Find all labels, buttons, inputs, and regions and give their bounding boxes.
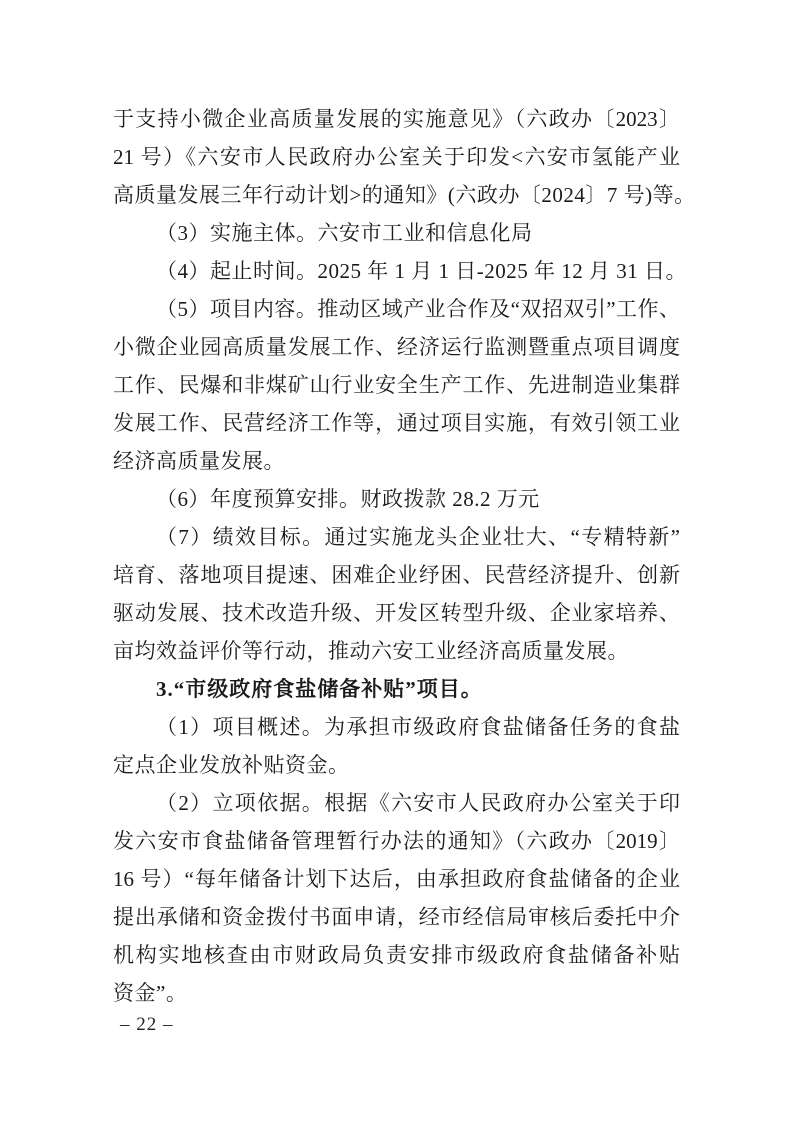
text-line: 培育、落地项目提速、困难企业纾困、民营经济提升、创新	[113, 556, 680, 594]
text-line: 发展工作、民营经济工作等，通过项目实施，有效引领工业	[113, 404, 680, 442]
text-line: 小微企业园高质量发展工作、经济运行监测暨重点项目调度	[113, 328, 680, 366]
page-number: – 22 –	[120, 1012, 174, 1038]
text-line: 发六安市食盐储备管理暂行办法的通知》（六政办〔2019〕	[113, 822, 680, 860]
text-line: 定点企业发放补贴资金。	[113, 746, 680, 784]
text-line: （1）项目概述。为承担市级政府食盐储备任务的食盐	[113, 708, 680, 746]
text-line: （5）项目内容。推动区域产业合作及“双招双引”工作、	[113, 290, 680, 328]
text-line: 工作、民爆和非煤矿山行业安全生产工作、先进制造业集群	[113, 366, 680, 404]
text-line: 于支持小微企业高质量发展的实施意见》（六政办〔2023〕	[113, 100, 680, 138]
section-heading-line: 3.“市级政府食盐储备补贴”项目。	[113, 670, 680, 708]
text-line: （6）年度预算安排。财政拨款 28.2 万元	[113, 480, 680, 518]
text-line: （7）绩效目标。通过实施龙头企业壮大、“专精特新”	[113, 518, 680, 556]
text-line: （2）立项依据。根据《六安市人民政府办公室关于印	[113, 784, 680, 822]
text-line: 驱动发展、技术改造升级、开发区转型升级、企业家培养、	[113, 594, 680, 632]
document-page: 于支持小微企业高质量发展的实施意见》（六政办〔2023〕21 号）《六安市人民政…	[0, 0, 793, 1122]
text-line: 提出承储和资金拨付书面申请，经市经信局审核后委托中介	[113, 898, 680, 936]
document-body: 于支持小微企业高质量发展的实施意见》（六政办〔2023〕21 号）《六安市人民政…	[113, 100, 680, 1012]
text-line: 亩均效益评价等行动，推动六安工业经济高质量发展。	[113, 632, 680, 670]
text-line: 经济高质量发展。	[113, 442, 680, 480]
text-line: （4）起止时间。2025 年 1 月 1 日-2025 年 12 月 31 日。	[113, 252, 680, 290]
text-line: 机构实地核查由市财政局负责安排市级政府食盐储备补贴	[113, 936, 680, 974]
text-line: 16 号）“每年储备计划下达后，由承担政府食盐储备的企业	[113, 860, 680, 898]
text-line: （3）实施主体。六安市工业和信息化局	[113, 214, 680, 252]
text-line: 21 号）《六安市人民政府办公室关于印发<六安市氢能产业	[113, 138, 680, 176]
text-line: 资金”。	[113, 974, 680, 1012]
text-line: 高质量发展三年行动计划>的通知》(六政办〔2024〕7 号)等。	[113, 176, 680, 214]
